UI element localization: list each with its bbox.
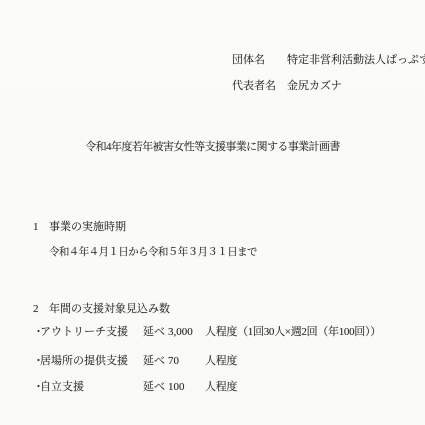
section-2-heading-row: 2 年間の支援対象見込み数	[33, 303, 170, 317]
document-header: 団体名 特定非営利活動法人ぱっぷす 代表者名 金尻カズナ	[232, 54, 425, 106]
support-item-name: 自立支援	[40, 381, 84, 395]
support-item-unit-label: 延べ	[143, 381, 165, 395]
support-item-unit-label: 延べ	[143, 355, 165, 369]
support-item-name: アウトリーチ支援	[40, 326, 128, 340]
support-item-suffix: 人程度（1回30人×週2回（年100回））	[205, 326, 381, 340]
section-1-heading: 事業の実施時期	[49, 221, 126, 235]
representative-name-row: 代表者名 金尻カズナ	[232, 80, 425, 94]
support-item-unit-label: 延べ	[143, 326, 165, 340]
implementation-period-text: 令和４年４月１日から令和５年３月３１日まで	[33, 246, 257, 259]
scanned-document-page: 団体名 特定非営利活動法人ぱっぷす 代表者名 金尻カズナ 令和4年度若年被害女性…	[0, 0, 425, 425]
support-item-suffix: 人程度	[205, 355, 237, 369]
section-2-heading: 年間の支援対象見込み数	[49, 303, 170, 317]
organization-name-row: 団体名 特定非営利活動法人ぱっぷす	[232, 54, 425, 68]
section-expected-support-numbers: 2 年間の支援対象見込み数	[33, 303, 170, 317]
organization-name-label: 団体名	[232, 54, 287, 68]
section-1-number: 1	[33, 221, 49, 235]
support-item-count: 70	[168, 355, 179, 369]
section-1-heading-row: 1 事業の実施時期	[33, 221, 257, 235]
section-2-number: 2	[33, 303, 49, 317]
support-item-count: 3,000	[168, 326, 193, 340]
document-title: 令和4年度若年被害女性等支援事業に関する事業計画書	[0, 141, 425, 155]
representative-name-label: 代表者名	[232, 80, 287, 94]
support-item-name: 居場所の提供支援	[40, 355, 128, 369]
representative-name-value: 金尻カズナ	[287, 80, 342, 94]
section-implementation-period: 1 事業の実施時期 令和４年４月１日から令和５年３月３１日まで	[33, 221, 257, 259]
support-item-suffix: 人程度	[205, 381, 237, 395]
support-item-count: 100	[168, 381, 185, 395]
organization-name-value: 特定非営利活動法人ぱっぷす	[287, 54, 425, 68]
